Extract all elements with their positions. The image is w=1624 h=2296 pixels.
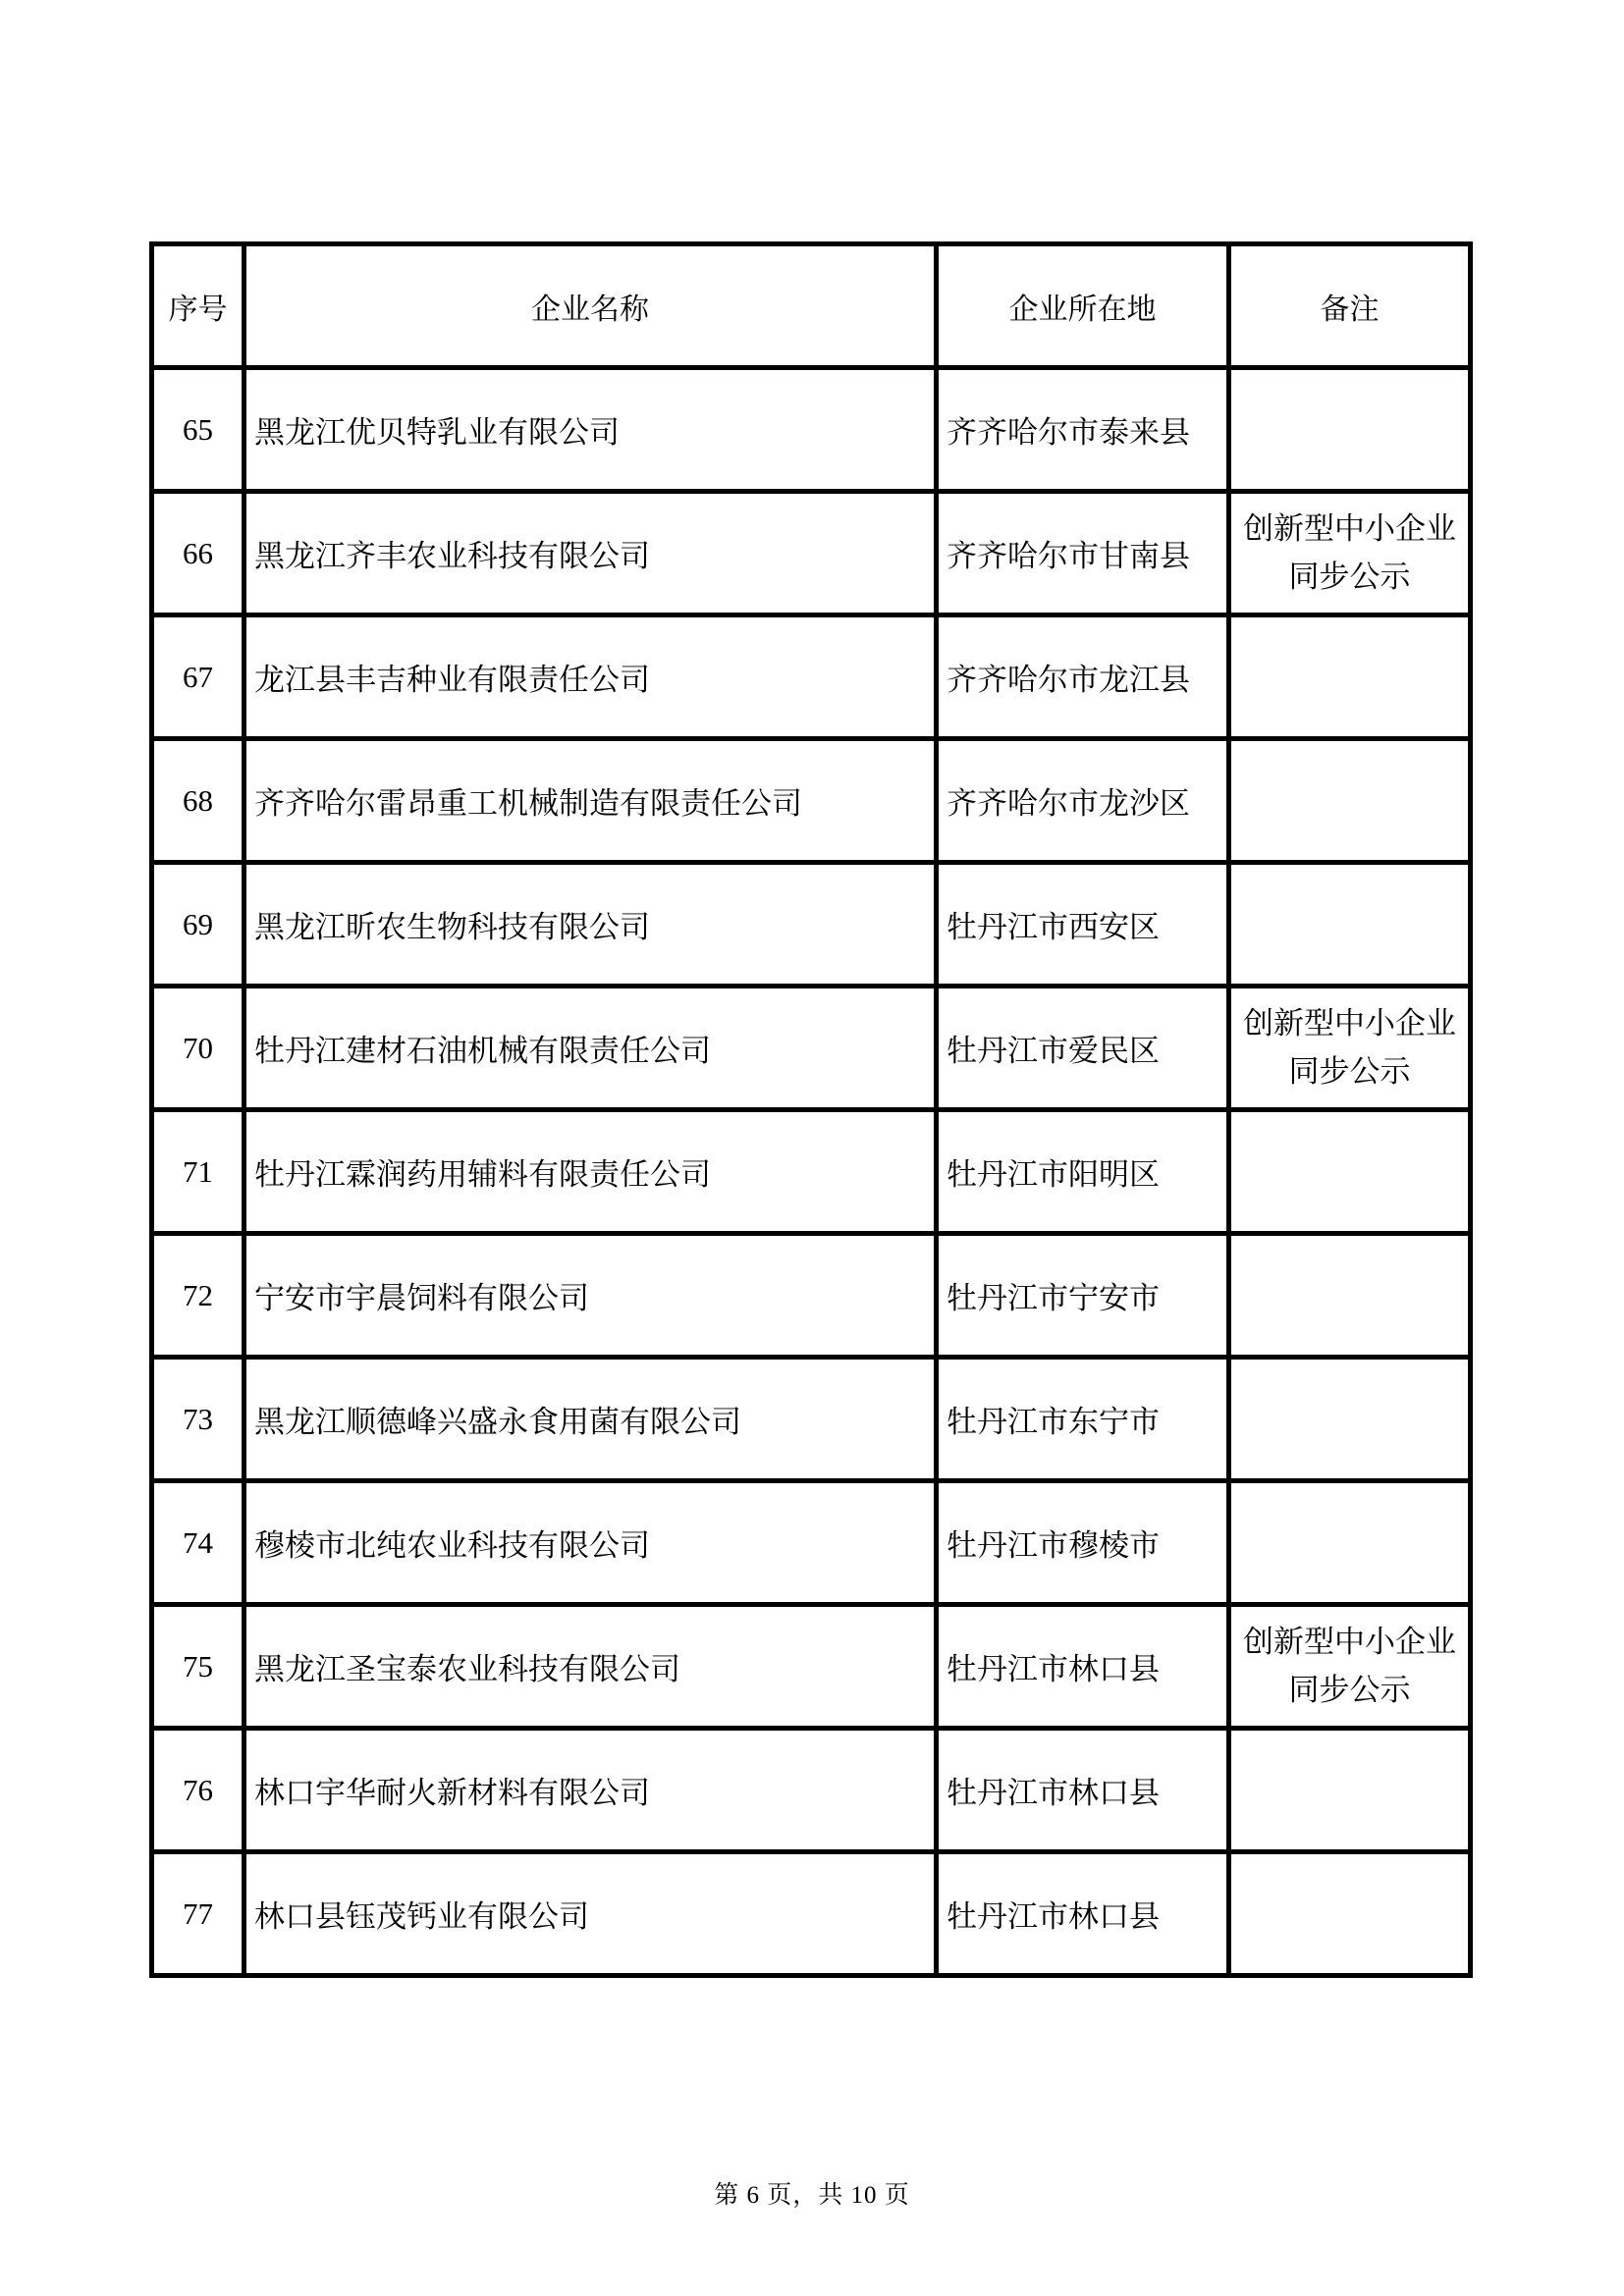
header-remark: 备注 xyxy=(1229,244,1471,368)
company-table: 序号 企业名称 企业所在地 备注 65黑龙江优贝特乳业有限公司齐齐哈尔市泰来县6… xyxy=(149,241,1473,1978)
company-location-cell: 齐齐哈尔市泰来县 xyxy=(937,368,1229,492)
company-name-cell: 黑龙江优贝特乳业有限公司 xyxy=(244,368,937,492)
company-name-cell: 林口县钰茂钙业有限公司 xyxy=(244,1852,937,1976)
company-location-cell: 齐齐哈尔市龙江县 xyxy=(937,615,1229,739)
table-row: 70牡丹江建材石油机械有限责任公司牡丹江市爱民区创新型中小企业同步公示 xyxy=(152,987,1471,1110)
company-name-cell: 黑龙江齐丰农业科技有限公司 xyxy=(244,492,937,615)
document-page: 序号 企业名称 企业所在地 备注 65黑龙江优贝特乳业有限公司齐齐哈尔市泰来县6… xyxy=(0,0,1624,2296)
serial-number-cell: 65 xyxy=(152,368,244,492)
company-location-cell: 牡丹江市穆棱市 xyxy=(937,1481,1229,1605)
serial-number-cell: 67 xyxy=(152,615,244,739)
remark-cell: 创新型中小企业同步公示 xyxy=(1229,987,1471,1110)
serial-number-cell: 77 xyxy=(152,1852,244,1976)
remark-cell xyxy=(1229,863,1471,987)
table-row: 71牡丹江霖润药用辅料有限责任公司牡丹江市阳明区 xyxy=(152,1110,1471,1234)
company-name-cell: 黑龙江昕农生物科技有限公司 xyxy=(244,863,937,987)
table-row: 74穆棱市北纯农业科技有限公司牡丹江市穆棱市 xyxy=(152,1481,1471,1605)
table-row: 77林口县钰茂钙业有限公司牡丹江市林口县 xyxy=(152,1852,1471,1976)
serial-number-cell: 73 xyxy=(152,1358,244,1481)
table-row: 75黑龙江圣宝泰农业科技有限公司牡丹江市林口县创新型中小企业同步公示 xyxy=(152,1605,1471,1729)
company-name-cell: 牡丹江建材石油机械有限责任公司 xyxy=(244,987,937,1110)
remark-cell xyxy=(1229,1234,1471,1358)
serial-number-cell: 71 xyxy=(152,1110,244,1234)
company-name-cell: 黑龙江圣宝泰农业科技有限公司 xyxy=(244,1605,937,1729)
serial-number-cell: 68 xyxy=(152,739,244,863)
company-location-cell: 牡丹江市林口县 xyxy=(937,1852,1229,1976)
company-location-cell: 齐齐哈尔市甘南县 xyxy=(937,492,1229,615)
serial-number-cell: 75 xyxy=(152,1605,244,1729)
table-row: 73黑龙江顺德峰兴盛永食用菌有限公司牡丹江市东宁市 xyxy=(152,1358,1471,1481)
remark-cell xyxy=(1229,615,1471,739)
company-location-cell: 牡丹江市林口县 xyxy=(937,1605,1229,1729)
company-location-cell: 牡丹江市爱民区 xyxy=(937,987,1229,1110)
company-table-rows: 65黑龙江优贝特乳业有限公司齐齐哈尔市泰来县66黑龙江齐丰农业科技有限公司齐齐哈… xyxy=(152,368,1471,1976)
table-row: 65黑龙江优贝特乳业有限公司齐齐哈尔市泰来县 xyxy=(152,368,1471,492)
remark-cell xyxy=(1229,1729,1471,1852)
page-number-footer: 第 6 页，共 10 页 xyxy=(0,2175,1624,2211)
serial-number-cell: 66 xyxy=(152,492,244,615)
table-header-row: 序号 企业名称 企业所在地 备注 xyxy=(152,244,1471,368)
company-name-cell: 齐齐哈尔雷昂重工机械制造有限责任公司 xyxy=(244,739,937,863)
company-name-cell: 宁安市宇晨饲料有限公司 xyxy=(244,1234,937,1358)
company-location-cell: 齐齐哈尔市龙沙区 xyxy=(937,739,1229,863)
header-company-name: 企业名称 xyxy=(244,244,937,368)
table-row: 67龙江县丰吉种业有限责任公司齐齐哈尔市龙江县 xyxy=(152,615,1471,739)
serial-number-cell: 74 xyxy=(152,1481,244,1605)
table-row: 69黑龙江昕农生物科技有限公司牡丹江市西安区 xyxy=(152,863,1471,987)
header-company-location: 企业所在地 xyxy=(937,244,1229,368)
serial-number-cell: 70 xyxy=(152,987,244,1110)
company-name-cell: 林口宇华耐火新材料有限公司 xyxy=(244,1729,937,1852)
remark-cell xyxy=(1229,1852,1471,1976)
serial-number-cell: 72 xyxy=(152,1234,244,1358)
company-location-cell: 牡丹江市宁安市 xyxy=(937,1234,1229,1358)
company-location-cell: 牡丹江市西安区 xyxy=(937,863,1229,987)
table-row: 66黑龙江齐丰农业科技有限公司齐齐哈尔市甘南县创新型中小企业同步公示 xyxy=(152,492,1471,615)
remark-cell xyxy=(1229,739,1471,863)
company-location-cell: 牡丹江市林口县 xyxy=(937,1729,1229,1852)
company-name-cell: 穆棱市北纯农业科技有限公司 xyxy=(244,1481,937,1605)
table-row: 72宁安市宇晨饲料有限公司牡丹江市宁安市 xyxy=(152,1234,1471,1358)
serial-number-cell: 76 xyxy=(152,1729,244,1852)
remark-cell xyxy=(1229,368,1471,492)
remark-cell xyxy=(1229,1481,1471,1605)
table-row: 76林口宇华耐火新材料有限公司牡丹江市林口县 xyxy=(152,1729,1471,1852)
company-location-cell: 牡丹江市东宁市 xyxy=(937,1358,1229,1481)
company-name-cell: 黑龙江顺德峰兴盛永食用菌有限公司 xyxy=(244,1358,937,1481)
serial-number-cell: 69 xyxy=(152,863,244,987)
remark-cell xyxy=(1229,1110,1471,1234)
company-name-cell: 牡丹江霖润药用辅料有限责任公司 xyxy=(244,1110,937,1234)
company-location-cell: 牡丹江市阳明区 xyxy=(937,1110,1229,1234)
header-serial-number: 序号 xyxy=(152,244,244,368)
company-name-cell: 龙江县丰吉种业有限责任公司 xyxy=(244,615,937,739)
remark-cell: 创新型中小企业同步公示 xyxy=(1229,1605,1471,1729)
remark-cell xyxy=(1229,1358,1471,1481)
table-row: 68齐齐哈尔雷昂重工机械制造有限责任公司齐齐哈尔市龙沙区 xyxy=(152,739,1471,863)
remark-cell: 创新型中小企业同步公示 xyxy=(1229,492,1471,615)
